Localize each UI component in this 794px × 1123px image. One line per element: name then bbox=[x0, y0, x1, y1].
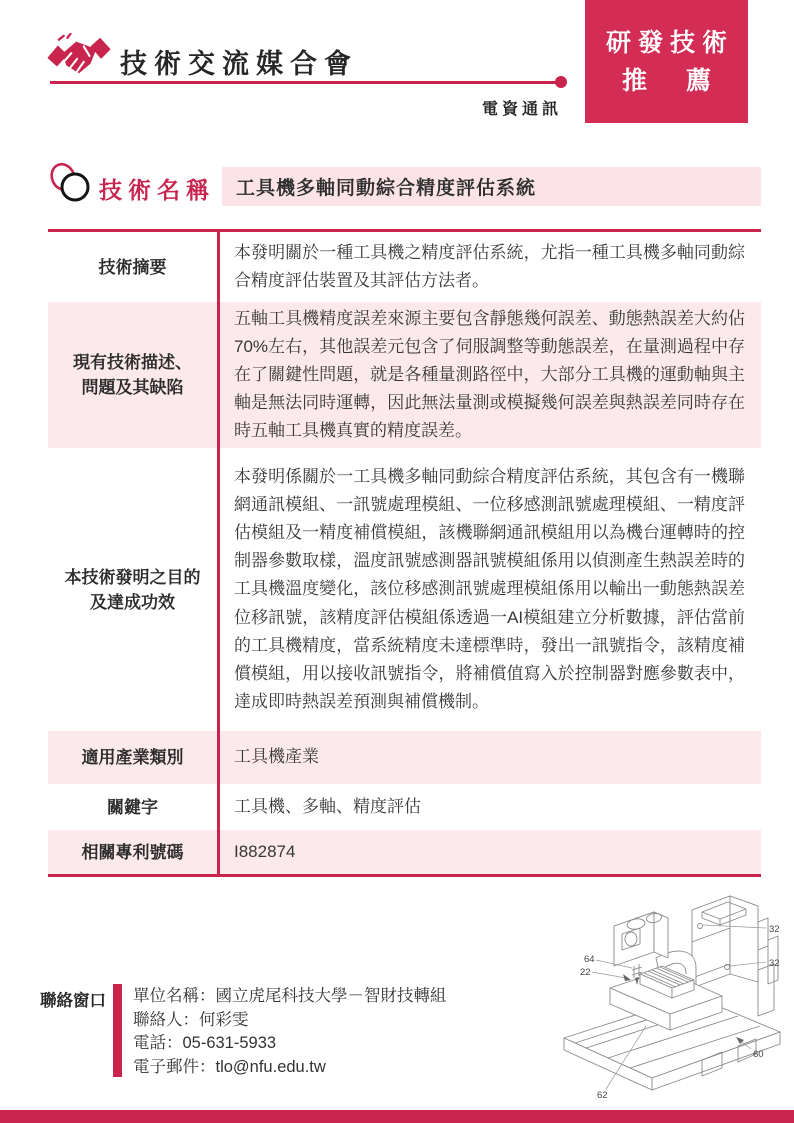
table-row-keywords: 關鍵字 工具機、多軸、精度評估 bbox=[48, 784, 761, 830]
row-content-text: 本發明係關於一工具機多軸同動綜合精度評估系統，其包含有一機聯網通訊模組、一訊號處… bbox=[234, 463, 745, 717]
row-label: 現有技術描述、 問題及其缺陷 bbox=[48, 302, 217, 448]
figure-callout-32a: 32 bbox=[769, 924, 780, 935]
handshake-icon bbox=[47, 33, 111, 79]
contact-person: 聯絡人：何彩雯 bbox=[133, 1009, 447, 1033]
row-content-text: 本發明關於一種工具機之精度評估系統，尤指一種工具機多軸同動綜合精度評估裝置及其評… bbox=[234, 239, 745, 295]
figure-callout-64: 64 bbox=[584, 954, 595, 965]
row-content: 工具機產業 bbox=[217, 731, 761, 784]
contact-email: 電子郵件：tlo@nfu.edu.tw bbox=[133, 1056, 447, 1080]
table-row-patent-number: 相關專利號碼 I882874 bbox=[48, 830, 761, 874]
contact-section-label: 聯絡窗口 bbox=[40, 987, 106, 1011]
page-title: 技術交流媒合會 bbox=[120, 42, 358, 81]
footer-bar bbox=[0, 1110, 794, 1123]
patent-figure: 32 32 64 22 60 62 bbox=[552, 882, 792, 1108]
table-row-purpose: 本技術發明之目的 及達成功效 本發明係關於一工具機多軸同動綜合精度評估系統，其包… bbox=[48, 448, 761, 731]
row-label: 適用產業類別 bbox=[48, 731, 217, 784]
row-content: 五軸工具機精度誤差來源主要包含靜態幾何誤差、動態熱誤差大約佔70%左右，其他誤差… bbox=[217, 302, 761, 448]
table-row-summary: 技術摘要 本發明關於一種工具機之精度評估系統，尤指一種工具機多軸同動綜合精度評估… bbox=[48, 232, 761, 302]
tech-name-banner: 工具機多軸同動綜合精度評估系統 bbox=[222, 167, 761, 206]
figure-callout-60: 60 bbox=[753, 1049, 764, 1060]
header-rule bbox=[50, 81, 560, 84]
row-content-text: 工具機、多軸、精度評估 bbox=[234, 793, 421, 821]
row-content-text: I882874 bbox=[234, 838, 295, 866]
row-content: I882874 bbox=[217, 830, 761, 874]
header-rule-dot bbox=[555, 76, 567, 88]
figure-callout-32b: 32 bbox=[769, 958, 780, 969]
flyer-page: 研發技術 推 薦 技術交流媒合會 電資通訊 技術名稱 工具機多軸同動綜合精度評估… bbox=[0, 0, 794, 1123]
category-label: 電資通訊 bbox=[430, 96, 562, 119]
figure-callout-22: 22 bbox=[580, 967, 591, 978]
contact-phone: 電話：05-631-5933 bbox=[133, 1032, 447, 1056]
contact-unit: 單位名稱：國立虎尾科技大學－智財技轉組 bbox=[133, 985, 447, 1009]
contact-accent-bar bbox=[113, 984, 122, 1077]
row-content-text: 五軸工具機精度誤差來源主要包含靜態幾何誤差、動態熱誤差大約佔70%左右，其他誤差… bbox=[234, 305, 745, 446]
badge-line2: 推 薦 bbox=[615, 62, 718, 100]
badge-line1: 研發技術 bbox=[599, 24, 734, 62]
two-circles-icon bbox=[47, 162, 95, 206]
row-label: 相關專利號碼 bbox=[48, 830, 217, 874]
row-content: 本發明係關於一工具機多軸同動綜合精度評估系統，其包含有一機聯網通訊模組、一訊號處… bbox=[217, 448, 761, 731]
tech-name-section-label: 技術名稱 bbox=[99, 172, 215, 205]
row-content: 工具機、多軸、精度評估 bbox=[217, 784, 761, 830]
row-label: 本技術發明之目的 及達成功效 bbox=[48, 448, 217, 731]
table-row-prior-art: 現有技術描述、 問題及其缺陷 五軸工具機精度誤差來源主要包含靜態幾何誤差、動態熱… bbox=[48, 302, 761, 448]
tech-name-value: 工具機多軸同動綜合精度評估系統 bbox=[236, 173, 536, 200]
table-row-industry: 適用產業類別 工具機產業 bbox=[48, 731, 761, 784]
contact-info: 單位名稱：國立虎尾科技大學－智財技轉組 聯絡人：何彩雯 電話：05-631-59… bbox=[133, 985, 447, 1079]
row-content: 本發明關於一種工具機之精度評估系統，尤指一種工具機多軸同動綜合精度評估裝置及其評… bbox=[217, 232, 761, 302]
row-label: 關鍵字 bbox=[48, 784, 217, 830]
row-label: 技術摘要 bbox=[48, 232, 217, 302]
row-content-text: 工具機產業 bbox=[234, 743, 319, 771]
spec-table: 技術摘要 本發明關於一種工具機之精度評估系統，尤指一種工具機多軸同動綜合精度評估… bbox=[48, 229, 761, 877]
figure-callout-62: 62 bbox=[597, 1090, 608, 1101]
recommend-badge: 研發技術 推 薦 bbox=[585, 0, 748, 123]
